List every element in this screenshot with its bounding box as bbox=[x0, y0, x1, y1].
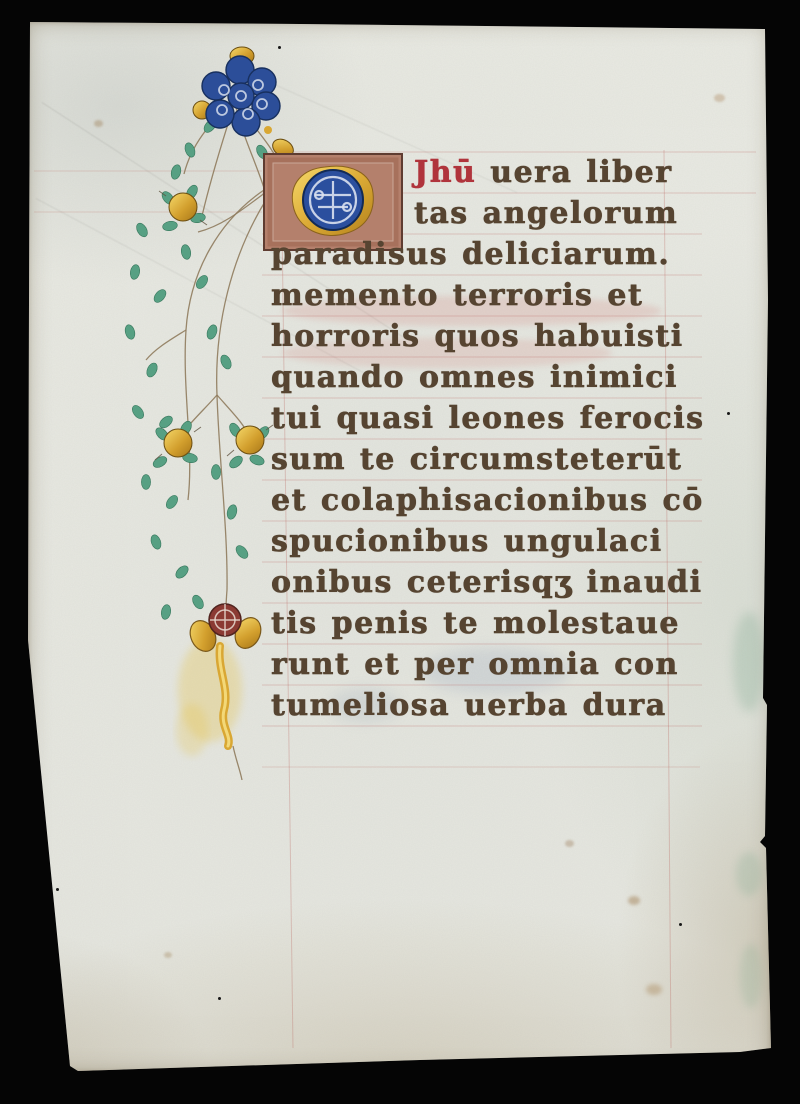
speck bbox=[278, 46, 281, 49]
manuscript-photo: Jhū uera liber tas angelorum paradisus d… bbox=[0, 0, 800, 1104]
stain bbox=[565, 840, 574, 847]
text-line: sum te circumsteterūt bbox=[271, 439, 682, 480]
text-line: runt et per omnia con bbox=[271, 644, 679, 685]
text-line: tui quasi leones ferocis bbox=[271, 398, 705, 439]
text-line: et colaphisacionibus cō bbox=[271, 480, 704, 521]
text-line: horroris quos habuisti bbox=[271, 316, 684, 357]
green-stain bbox=[740, 944, 762, 1008]
text-line: Jhū uera liber bbox=[414, 152, 673, 193]
rubric-word: Jhū bbox=[414, 155, 476, 190]
stain bbox=[164, 952, 172, 958]
text-line: tis penis te molestaue bbox=[271, 603, 680, 644]
text-line: onibus ceterisqʒ inaudi bbox=[271, 562, 703, 603]
text-line: tumeliosa uerba dura bbox=[271, 685, 667, 726]
stain bbox=[94, 120, 103, 127]
text-line: paradisus deliciarum. bbox=[271, 234, 670, 275]
line-text: uera liber bbox=[490, 155, 672, 190]
green-stain bbox=[736, 852, 762, 896]
stain bbox=[714, 94, 725, 102]
speck bbox=[56, 888, 59, 891]
stain bbox=[628, 896, 640, 905]
text-line: spucionibus ungulaci bbox=[271, 521, 663, 562]
green-stain bbox=[733, 612, 765, 712]
text-line: tas angelorum bbox=[414, 193, 678, 234]
speck bbox=[679, 923, 682, 926]
stain bbox=[646, 984, 662, 995]
speck bbox=[727, 412, 730, 415]
speck bbox=[218, 997, 221, 1000]
text-line: memento terroris et bbox=[271, 275, 643, 316]
text-line: quando omnes inimici bbox=[271, 357, 678, 398]
